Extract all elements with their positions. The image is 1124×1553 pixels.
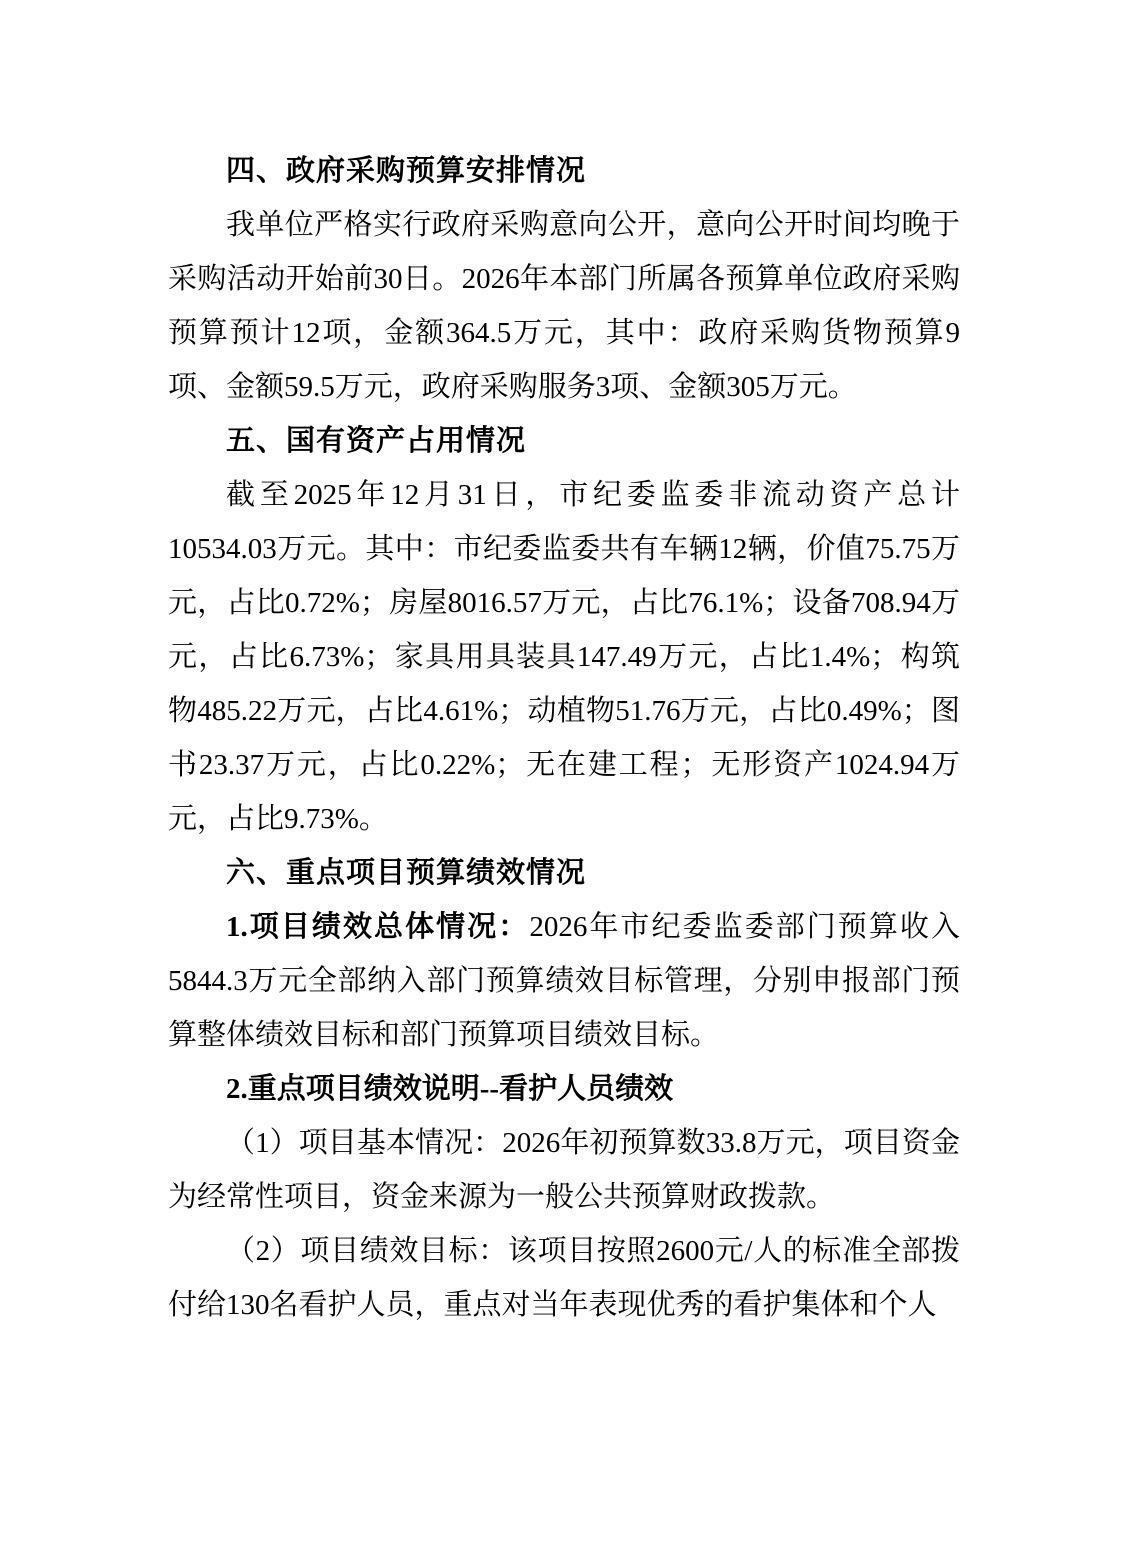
paragraph-state-assets: 截至2025年12月31日，市纪委监委非流动资产总计10534.03万元。其中：… (168, 468, 960, 846)
project-performance-overview-lead: 1.项目绩效总体情况： (226, 911, 529, 943)
section-heading-state-assets: 五、国有资产占用情况 (168, 414, 960, 468)
section-heading-key-project-performance: 六、重点项目预算绩效情况 (168, 846, 960, 900)
paragraph-project-performance-target: （2）项目绩效目标：该项目按照2600元/人的标准全部拨付给130名看护人员，重… (168, 1224, 960, 1332)
paragraph-government-procurement: 我单位严格实行政府采购意向公开，意向公开时间均晚于采购活动开始前30日。2026… (168, 198, 960, 414)
subheading-key-project-caretaker-performance: 2.重点项目绩效说明--看护人员绩效 (168, 1062, 960, 1116)
document-body: 四、政府采购预算安排情况 我单位严格实行政府采购意向公开，意向公开时间均晚于采购… (168, 144, 960, 1332)
paragraph-project-performance-overview: 1.项目绩效总体情况：2026年市纪委监委部门预算收入5844.3万元全部纳入部… (168, 900, 960, 1062)
document-page: 四、政府采购预算安排情况 我单位严格实行政府采购意向公开，意向公开时间均晚于采购… (0, 0, 1124, 1553)
section-heading-government-procurement: 四、政府采购预算安排情况 (168, 144, 960, 198)
paragraph-project-basic-info: （1）项目基本情况：2026年初预算数33.8万元，项目资金为经常性项目，资金来… (168, 1116, 960, 1224)
